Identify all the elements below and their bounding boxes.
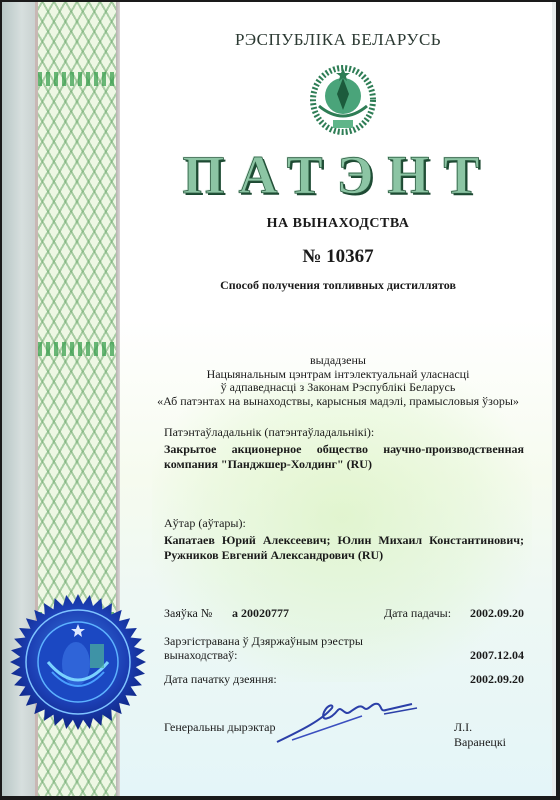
filing-date: 2002.09.20 [470,606,524,621]
application-number: а 20020777 [232,606,289,621]
ornament-band [38,342,116,356]
country-heading: РЭСПУБЛІКА БЕЛАРУСЬ [120,30,556,50]
blue-hologram-seal-icon [8,592,148,732]
authors-label: Аўтар (аўтары): [164,516,524,530]
patent-holder-section: Патэнтаўладальнік (патэнтаўладальнікі): … [164,425,524,472]
registration-label: Зарэгістравана ў Дзяржаўным рэестры [164,634,524,648]
issued-by: выдадзены Нацыянальным цэнтрам інтэлекту… [120,354,556,408]
authors-section: Аўтар (аўтары): Капатаев Юрий Алексеевич… [164,516,524,563]
validity-start-row: Дата пачатку дзеяння: 2002.09.20 [164,672,524,687]
patent-title: ПАТЭНТ [120,144,556,206]
authors-value: Капатаев Юрий Алексеевич; Юлин Михаил Ко… [164,533,524,563]
issued-by-line: Нацыянальным цэнтрам інтэлектуальнай ула… [120,368,556,382]
invention-title: Способ получения топливных дистиллятов [120,278,556,293]
signatory-position: Генеральны дырэктар [164,720,275,734]
patent-number: № 10367 [120,246,556,268]
application-label: Заяўка № [164,606,212,620]
registration-row: Зарэгістравана ў Дзяржаўным рэестры вына… [164,634,524,662]
patent-holder-label: Патэнтаўладальнік (патэнтаўладальнікі): [164,425,524,439]
signatory-row: Генеральны дырэктар Л.І. Варанецкі [164,720,524,735]
validity-start-date: 2002.09.20 [470,672,524,687]
issued-by-line: выдадзены [120,354,556,368]
patent-holder-value: Закрытое акционерное общество научно-про… [164,442,524,472]
belarus-coat-of-arms-icon [305,60,381,136]
signatory-name: Л.І. Варанецкі [454,720,524,750]
issued-by-line: ў адпаведнасці з Законам Рэспублікі Бела… [120,381,556,395]
filing-date-label: Дата падачы: [384,606,451,621]
validity-start-label: Дата пачатку дзеяння: [164,672,277,686]
patent-certificate: РЭСПУБЛІКА БЕЛАРУСЬ ПАТЭНТ НА ВЫНАХОДСТВ… [2,2,556,796]
application-row: Заяўка № а 20020777 Дата падачы: 2002.09… [164,606,524,621]
patent-type: НА ВЫНАХОДСТВА [120,216,556,232]
issued-by-line: «Аб патэнтах на вынаходствы, карысныя ма… [120,395,556,409]
registration-date: 2007.12.04 [470,648,524,662]
ornament-band [38,72,116,86]
